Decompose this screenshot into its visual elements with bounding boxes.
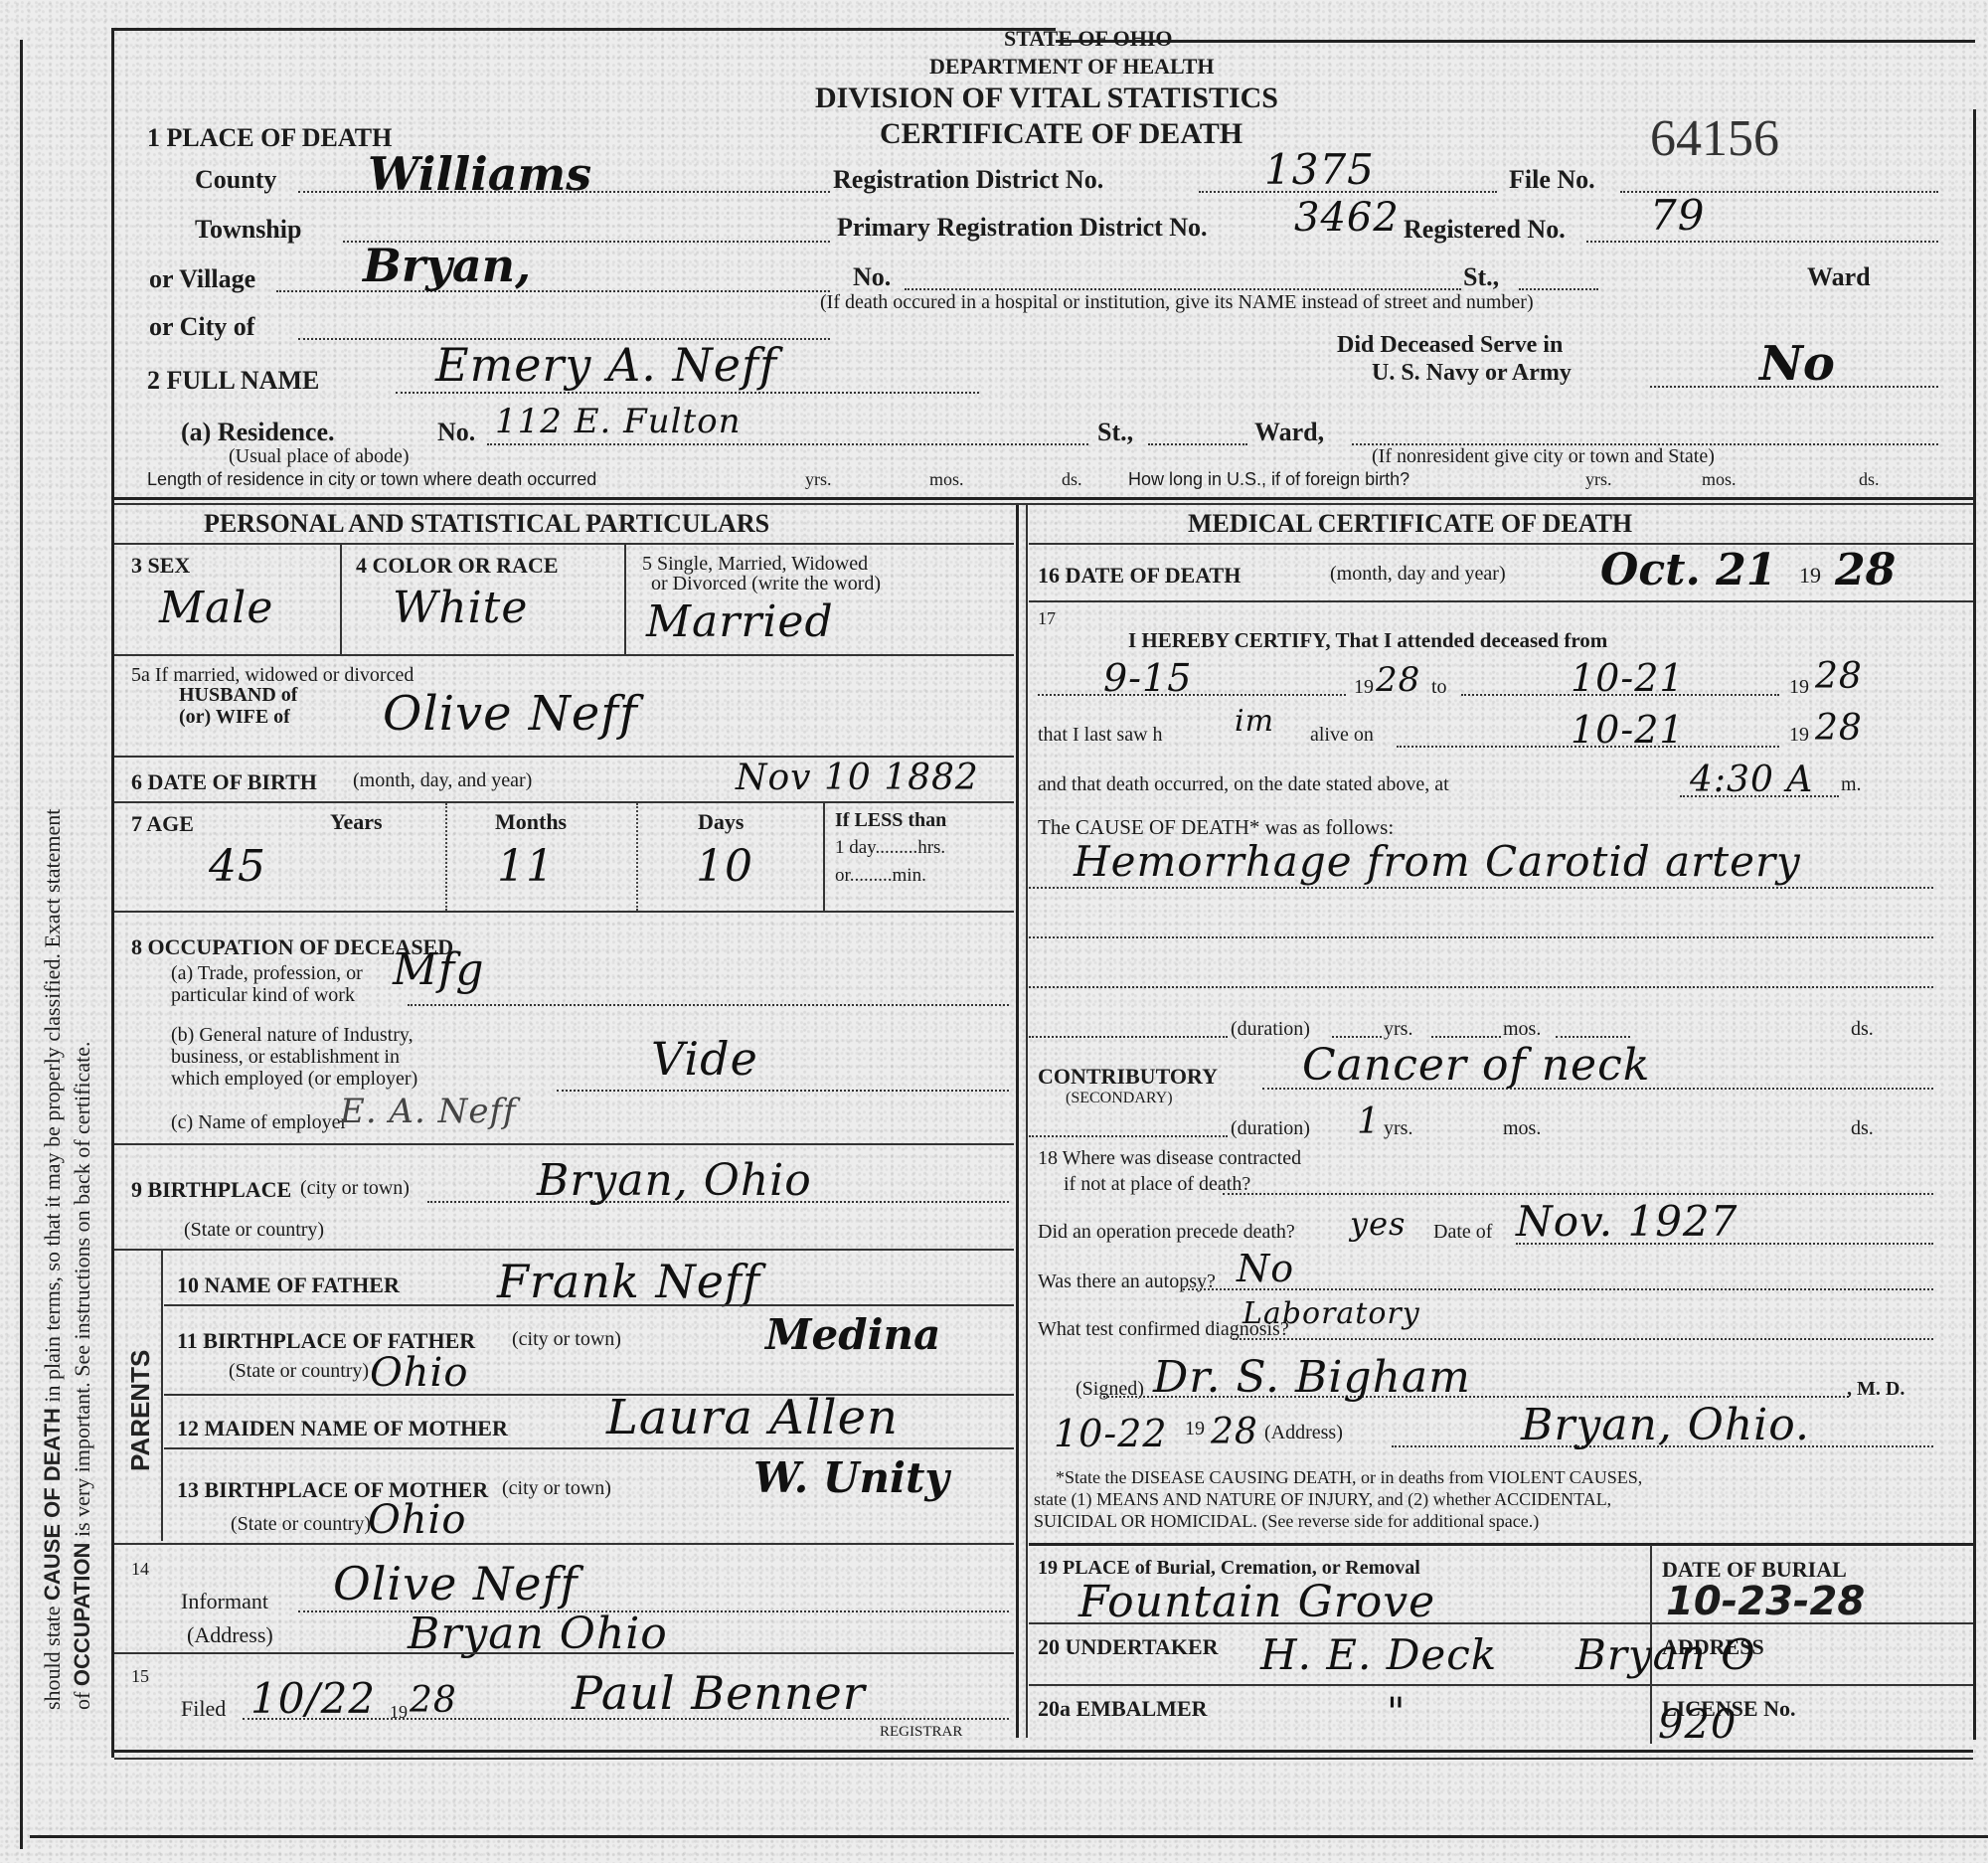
last-saw-pronoun[interactable]: im xyxy=(1235,704,1274,739)
margin-instruction-line2: of OCCUPATION is very important. See ins… xyxy=(70,1042,95,1710)
mother-state-label: (State or country) xyxy=(231,1513,371,1536)
registrar-label: REGISTRAR xyxy=(880,1724,962,1741)
attended-from-year[interactable]: 28 xyxy=(1376,660,1420,700)
filed-year-prefix: 19 xyxy=(390,1702,408,1723)
contributory-duration-yrs-value[interactable]: 1 xyxy=(1357,1101,1381,1142)
less-than-label-1: If LESS than xyxy=(835,809,946,832)
sex-label: 3 SEX xyxy=(131,553,190,579)
test-value[interactable]: Laboratory xyxy=(1242,1296,1420,1331)
attended-from-year-prefix: 19 xyxy=(1354,676,1374,699)
death-certificate: should state CAUSE OF DEATH in plain ter… xyxy=(0,0,1988,1863)
street-label: St., xyxy=(1463,262,1499,292)
hospital-note: (If death occured in a hospital or insti… xyxy=(820,291,1534,314)
spouse-label-2: HUSBAND of xyxy=(179,684,297,707)
undertaker-label: 20 UNDERTAKER xyxy=(1038,1634,1219,1660)
residence-ward-label: Ward, xyxy=(1254,418,1324,447)
occupation-b-label-3: which employed (or employer) xyxy=(171,1068,417,1091)
years-label: Years xyxy=(330,809,383,835)
registered-no-value[interactable]: 79 xyxy=(1650,191,1705,240)
form-bottom-border xyxy=(114,1750,1973,1753)
operation-date-value[interactable]: Nov. 1927 xyxy=(1516,1197,1738,1246)
dod-year-prefix: 19 xyxy=(1799,563,1821,589)
attended-to-year[interactable]: 28 xyxy=(1815,656,1863,697)
primary-district-value[interactable]: 3462 xyxy=(1294,195,1400,241)
years-value[interactable]: 45 xyxy=(209,841,266,892)
page-bottom-border xyxy=(30,1835,1988,1838)
date-of-death-value[interactable]: Oct. 21 xyxy=(1600,545,1776,595)
father-birthplace-value[interactable]: Medina xyxy=(765,1310,940,1359)
item-17-number: 17 xyxy=(1038,608,1056,629)
contributory-duration-label: (duration) xyxy=(1231,1117,1310,1140)
header-title: CERTIFICATE OF DEATH xyxy=(880,117,1242,151)
cause-duration-yrs: yrs. xyxy=(1384,1018,1412,1041)
informant-number: 14 xyxy=(131,1559,149,1580)
birthplace-label: 9 BIRTHPLACE xyxy=(131,1177,291,1203)
footnote-line-3: SUICIDAL OR HOMICIDAL. (See reverse side… xyxy=(1034,1511,1539,1532)
place-of-death-label: 1 PLACE OF DEATH xyxy=(147,123,392,153)
meridiem-label: m. xyxy=(1841,773,1862,796)
occupation-a-value[interactable]: Mfg xyxy=(393,944,485,995)
autopsy-value[interactable]: No xyxy=(1237,1247,1294,1290)
street-no-label: No. xyxy=(853,262,891,292)
burial-place-value[interactable]: Fountain Grove xyxy=(1078,1577,1435,1627)
length-of-residence-label: Length of residence in city or town wher… xyxy=(147,469,596,490)
foreign-ds: ds. xyxy=(1859,469,1880,490)
physician-address-value[interactable]: Bryan, Ohio. xyxy=(1521,1400,1810,1450)
embalmer-label: 20a EMBALMER xyxy=(1038,1696,1208,1722)
mother-maiden-label: 12 MAIDEN NAME OF MOTHER xyxy=(177,1416,508,1441)
to-label: to xyxy=(1431,676,1447,699)
header-department: DEPARTMENT OF HEALTH xyxy=(929,54,1215,80)
residence-value[interactable]: 112 E. Fulton xyxy=(495,402,742,441)
father-name-value[interactable]: Frank Neff xyxy=(497,1255,760,1308)
race-value[interactable]: White xyxy=(393,583,528,633)
nonresident-note: (If nonresident give city or town and St… xyxy=(1372,445,1715,468)
length-yrs: yrs. xyxy=(805,469,832,490)
occupation-b-label-2: business, or establishment in xyxy=(171,1046,400,1069)
occupation-c-value[interactable]: E. A. Neff xyxy=(340,1092,517,1131)
registration-district-value[interactable]: 1375 xyxy=(1264,145,1375,194)
outer-left-border xyxy=(20,40,23,1849)
county-label: County xyxy=(195,165,276,195)
contributory-duration-mos: mos. xyxy=(1503,1117,1541,1140)
primary-district-label: Primary Registration District No. xyxy=(837,213,1208,243)
residence-label: (a) Residence. xyxy=(181,418,335,447)
occupation-a-label-2: particular kind of work xyxy=(171,984,355,1007)
last-saw-year[interactable]: 28 xyxy=(1815,708,1863,749)
date-of-death-label: 16 DATE OF DEATH xyxy=(1038,563,1241,589)
filed-number: 15 xyxy=(131,1666,149,1687)
file-no-label: File No. xyxy=(1509,165,1595,195)
header-state: STATE OF OHIO xyxy=(1004,26,1173,52)
months-value[interactable]: 11 xyxy=(497,841,555,892)
foreign-yrs: yrs. xyxy=(1585,469,1612,490)
ward-label: Ward xyxy=(1807,262,1871,292)
attended-from-date[interactable]: 9-15 xyxy=(1103,656,1192,700)
secondary-label: (SECONDARY) xyxy=(1066,1090,1173,1107)
cause-duration-ds: ds. xyxy=(1851,1018,1874,1041)
marital-label-2: or Divorced (write the word) xyxy=(651,573,881,595)
registrar-signature: Paul Benner xyxy=(572,1666,866,1720)
column-divider xyxy=(1016,505,1019,1738)
undertaker-value[interactable]: H. E. Deck xyxy=(1260,1630,1497,1679)
race-label: 4 COLOR OR RACE xyxy=(356,553,559,579)
county-value[interactable]: Williams xyxy=(368,147,591,201)
license-value[interactable]: 920 xyxy=(1658,1702,1737,1748)
file-number: 64156 xyxy=(1650,109,1779,168)
header-division: DIVISION OF VITAL STATISTICS xyxy=(815,82,1278,115)
contributory-duration-ds: ds. xyxy=(1851,1117,1874,1140)
full-name-label: 2 FULL NAME xyxy=(147,366,319,396)
disease-contracted-label-1: 18 Where was disease contracted xyxy=(1038,1147,1301,1170)
dob-label: 6 DATE OF BIRTH xyxy=(131,769,317,795)
registered-no-label: Registered No. xyxy=(1404,215,1566,245)
undertaker-address-value[interactable]: Bryan O xyxy=(1575,1630,1756,1679)
physician-signature: Dr. S. Bigham xyxy=(1153,1352,1471,1403)
military-label-2: U. S. Navy or Army xyxy=(1372,360,1572,387)
last-saw-date[interactable]: 10-21 xyxy=(1571,708,1685,752)
months-label: Months xyxy=(495,809,567,835)
township-label: Township xyxy=(195,215,301,245)
father-state-label: (State or country) xyxy=(229,1360,369,1383)
parents-side-label: PARENTS xyxy=(125,1350,156,1471)
less-than-label-3: or.........min. xyxy=(835,865,926,887)
birthplace-value[interactable]: Bryan, Ohio xyxy=(537,1155,812,1206)
city-label: or City of xyxy=(149,312,254,342)
form-left-border xyxy=(111,28,114,1758)
occupation-b-value[interactable]: Vide xyxy=(651,1032,758,1086)
medical-section-title: MEDICAL CERTIFICATE OF DEATH xyxy=(1188,509,1632,539)
signed-year-value[interactable]: 28 xyxy=(1211,1412,1258,1452)
last-saw-year-prefix: 19 xyxy=(1789,724,1809,747)
operation-date-label: Date of xyxy=(1433,1221,1492,1244)
mother-birthplace-sub: (city or town) xyxy=(502,1477,611,1500)
days-label: Days xyxy=(698,809,744,835)
occupation-c-label: (c) Name of employer xyxy=(171,1111,347,1134)
signed-year-prefix: 19 xyxy=(1185,1418,1205,1440)
contributory-duration-yrs: yrs. xyxy=(1384,1117,1412,1140)
margin-instruction-line1: should state CAUSE OF DEATH in plain ter… xyxy=(40,809,66,1710)
death-time-value[interactable]: 4:30 A xyxy=(1690,760,1813,800)
registration-district-label: Registration District No. xyxy=(833,165,1103,195)
length-mos: mos. xyxy=(929,469,964,490)
village-value[interactable]: Bryan, xyxy=(363,239,531,292)
burial-date-value[interactable]: 10-23-28 xyxy=(1666,1579,1865,1624)
military-label-1: Did Deceased Serve in xyxy=(1337,332,1563,359)
mother-maiden-value[interactable]: Laura Allen xyxy=(606,1390,899,1445)
attended-to-year-prefix: 19 xyxy=(1789,676,1809,699)
sex-value[interactable]: Male xyxy=(159,583,273,633)
contributory-value[interactable]: Cancer of neck xyxy=(1302,1040,1650,1091)
certify-text: I HEREBY CERTIFY, That I attended deceas… xyxy=(1128,628,1607,653)
death-time-label: and that death occurred, on the date sta… xyxy=(1038,773,1449,796)
informant-label: Informant xyxy=(181,1589,268,1614)
occupation-b-label-1: (b) General nature of Industry, xyxy=(171,1024,414,1047)
length-ds: ds. xyxy=(1062,469,1082,490)
cause-duration-label: (duration) xyxy=(1231,1018,1310,1041)
foreign-birth-label: How long in U.S., if of foreign birth? xyxy=(1128,469,1409,490)
spouse-value[interactable]: Olive Neff xyxy=(383,686,638,742)
less-than-label-2: 1 day.........hrs. xyxy=(835,837,945,859)
form-top-border xyxy=(111,28,1056,31)
last-saw-label: that I last saw h xyxy=(1038,724,1163,747)
cause-duration-mos: mos. xyxy=(1503,1018,1541,1041)
abode-note: (Usual place of abode) xyxy=(229,445,410,468)
marital-value[interactable]: Married xyxy=(646,596,834,647)
father-state-value[interactable]: Ohio xyxy=(370,1350,468,1396)
full-name-value[interactable]: Emery A. Neff xyxy=(435,338,777,392)
cause-of-death-value[interactable]: Hemorrhage from Carotid artery xyxy=(1074,837,1801,886)
filed-date-value[interactable]: 10/22 xyxy=(250,1674,376,1723)
father-birthplace-sub: (city or town) xyxy=(512,1328,621,1351)
birthplace-state-label: (State or country) xyxy=(184,1219,324,1242)
footnote-line-1: *State the DISEASE CAUSING DEATH, or in … xyxy=(1056,1467,1642,1488)
days-value[interactable]: 10 xyxy=(696,841,753,892)
contributory-label: CONTRIBUTORY xyxy=(1038,1064,1218,1090)
operation-value[interactable]: yes xyxy=(1350,1205,1406,1243)
physician-address-label: (Address) xyxy=(1264,1422,1343,1444)
dob-value[interactable]: Nov 10 1882 xyxy=(736,758,979,798)
form-right-border xyxy=(1973,109,1976,1740)
embalmer-value[interactable]: " xyxy=(1387,1690,1406,1736)
form-top-border-right xyxy=(1056,40,1975,43)
birthplace-sub-label: (city or town) xyxy=(300,1177,410,1200)
operation-label: Did an operation precede death? xyxy=(1038,1221,1295,1244)
personal-section-title: PERSONAL AND STATISTICAL PARTICULARS xyxy=(204,509,769,539)
foreign-mos: mos. xyxy=(1702,469,1737,490)
footnote-line-2: state (1) MEANS AND NATURE OF INJURY, an… xyxy=(1034,1489,1611,1510)
informant-address-label: (Address) xyxy=(187,1622,273,1648)
alive-on-label: alive on xyxy=(1310,724,1374,747)
filed-year-value[interactable]: 28 xyxy=(410,1680,457,1721)
dob-sub-label: (month, day, and year) xyxy=(353,769,532,792)
filed-label: Filed xyxy=(181,1696,226,1722)
md-label: , M. D. xyxy=(1847,1378,1905,1401)
residence-no-label: No. xyxy=(437,418,475,447)
military-value[interactable]: No xyxy=(1759,336,1835,392)
father-name-label: 10 NAME OF FATHER xyxy=(177,1272,400,1298)
age-label: 7 AGE xyxy=(131,811,194,837)
occupation-a-label-1: (a) Trade, profession, or xyxy=(171,962,363,985)
date-of-death-year[interactable]: 28 xyxy=(1835,545,1896,595)
informant-value[interactable]: Olive Neff xyxy=(333,1557,579,1610)
mother-birthplace-value[interactable]: W. Unity xyxy=(753,1453,949,1502)
spouse-label-3: (or) WIFE of xyxy=(179,706,290,729)
attended-to-date[interactable]: 10-21 xyxy=(1571,656,1685,700)
village-label: or Village xyxy=(149,264,255,294)
date-of-death-sub: (month, day and year) xyxy=(1330,563,1506,586)
residence-st-label: St., xyxy=(1097,418,1133,447)
mother-state-value[interactable]: Ohio xyxy=(368,1497,466,1543)
signed-date-value[interactable]: 10-22 xyxy=(1054,1412,1168,1455)
